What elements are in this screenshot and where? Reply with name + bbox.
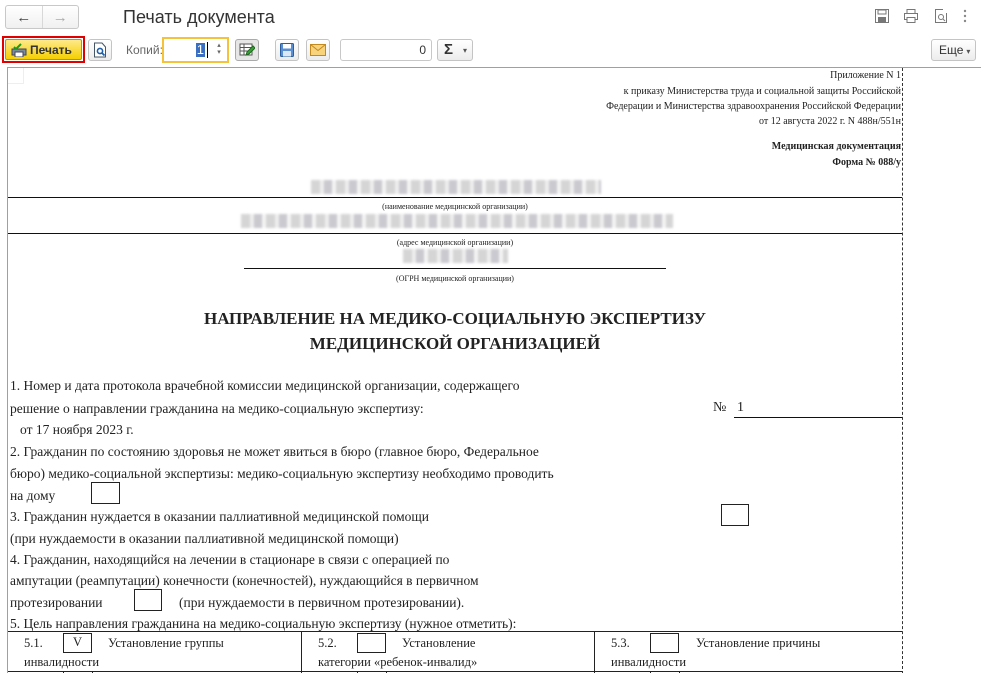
sheet-corner — [8, 68, 24, 84]
goal-checkbox[interactable]: V — [63, 633, 92, 653]
protocol-number-underline — [734, 417, 902, 418]
text-cursor — [207, 42, 208, 58]
palliative-checkbox[interactable] — [721, 504, 749, 526]
home-exam-checkbox[interactable] — [91, 482, 120, 504]
goal-text-1: Установление причины — [696, 636, 820, 651]
goal-text-2: категории «ребенок-инвалид» — [318, 655, 477, 670]
forward-button[interactable]: → — [42, 6, 79, 28]
goal-text-2: инвалидности — [611, 655, 686, 670]
more-vertical-icon[interactable] — [962, 8, 968, 24]
send-email-button[interactable] — [306, 39, 330, 61]
appendix-line-4: от 12 августа 2022 г. N 488н/551н — [759, 116, 901, 127]
print-button[interactable]: Печать — [5, 39, 82, 60]
org-name-redacted — [311, 180, 601, 194]
envelope-icon — [310, 44, 326, 56]
window-title: Печать документа — [123, 7, 275, 28]
back-button[interactable]: ← — [6, 6, 42, 28]
goal-checkbox[interactable] — [650, 633, 679, 653]
copies-value: 1 — [196, 43, 205, 57]
print-icon[interactable] — [903, 8, 919, 24]
goal-checkbox[interactable] — [357, 633, 386, 653]
sum-mode-dropdown[interactable]: Σ ▾ — [437, 39, 473, 61]
chevron-down-icon: ▾ — [966, 47, 970, 56]
arrow-right-icon: → — [53, 9, 68, 26]
goals-table-row-border — [8, 671, 902, 672]
sum-field[interactable]: 0 — [340, 39, 432, 61]
document-spreadsheet[interactable]: Приложение N 1 к приказу Министерства тр… — [7, 67, 981, 673]
form-number: Форма № 088/у — [832, 157, 901, 168]
p4-line-3a: протезировании — [10, 592, 103, 614]
copies-input[interactable]: 1 ▴▾ — [162, 37, 229, 63]
goals-col-divider — [594, 631, 595, 673]
goal-number: 5.1. — [24, 636, 43, 651]
floppy-disk-icon — [280, 43, 294, 57]
org-address-redacted — [241, 214, 673, 228]
document-preview-icon — [93, 42, 107, 58]
p2-line-1: 2. Гражданин по состоянию здоровья не мо… — [10, 441, 539, 463]
page-boundary-line — [902, 68, 903, 673]
copies-stepper[interactable]: ▴▾ — [213, 42, 225, 58]
org-name-caption: (наименование медицинской организации) — [8, 202, 902, 211]
appendix-line-1: Приложение N 1 — [830, 70, 901, 81]
save-icon[interactable] — [874, 8, 890, 24]
protocol-number-label: № — [713, 400, 726, 416]
sigma-icon: Σ — [444, 41, 453, 58]
preview-icon[interactable] — [933, 8, 949, 24]
ogrn-underline — [244, 268, 666, 269]
org-name-underline — [8, 197, 902, 198]
med-doc-label: Медицинская документация — [772, 141, 901, 152]
prosthetics-checkbox[interactable] — [134, 589, 162, 611]
goal-number: 5.2. — [318, 636, 337, 651]
chevron-down-icon: ▾ — [463, 41, 467, 61]
print-button-label: Печать — [30, 43, 72, 57]
goals-table-top — [8, 631, 902, 632]
p4-line-2: ампутации (реампутации) конечности (коне… — [10, 570, 479, 592]
edit-mode-button[interactable] — [235, 39, 259, 61]
p1-line-2: решение о направлении гражданина на меди… — [10, 398, 424, 420]
more-button-label: Еще — [939, 43, 963, 57]
printer-check-icon — [11, 43, 27, 57]
protocol-number-value: 1 — [737, 400, 744, 416]
document-title-line-2: МЕДИЦИНСКОЙ ОРГАНИЗАЦИЕЙ — [8, 331, 902, 356]
goal-text-1: Установление — [402, 636, 475, 651]
p4-line-1: 4. Гражданин, находящийся на лечении в с… — [10, 549, 449, 571]
more-button[interactable]: Еще▾ — [931, 39, 976, 61]
p4-line-3b: (при нуждаемости в первичном протезирова… — [179, 592, 464, 614]
org-address-underline — [8, 233, 902, 234]
goals-col-divider — [301, 631, 302, 673]
arrow-left-icon: ← — [16, 9, 31, 26]
p2-line-3: на дому — [10, 485, 55, 507]
appendix-line-3: Федерации и Министерства здравоохранения… — [606, 101, 901, 112]
nav-group: ← → — [5, 5, 79, 29]
save-file-button[interactable] — [275, 39, 299, 61]
copies-label: Копий: — [126, 43, 163, 57]
appendix-line-2: к приказу Министерства труда и социально… — [624, 86, 901, 97]
table-edit-icon — [239, 43, 255, 57]
p1-date: от 17 ноября 2023 г. — [20, 419, 134, 441]
org-address-caption: (адрес медицинской организации) — [8, 238, 902, 247]
document-title-line-1: НАПРАВЛЕНИЕ НА МЕДИКО-СОЦИАЛЬНУЮ ЭКСПЕРТ… — [8, 306, 902, 331]
p3-line-1: 3. Гражданин нуждается в оказании паллиа… — [10, 506, 429, 528]
goal-text-1: Установление группы — [108, 636, 224, 651]
preview-button[interactable] — [88, 39, 112, 61]
goal-number: 5.3. — [611, 636, 630, 651]
ogrn-caption: (ОГРН медицинской организации) — [8, 274, 902, 283]
p3-line-2: (при нуждаемости в оказании паллиативной… — [10, 528, 399, 550]
goal-text-2: инвалидности — [24, 655, 99, 670]
p1-line-1: 1. Номер и дата протокола врачебной коми… — [10, 375, 519, 397]
ogrn-redacted — [403, 249, 508, 263]
